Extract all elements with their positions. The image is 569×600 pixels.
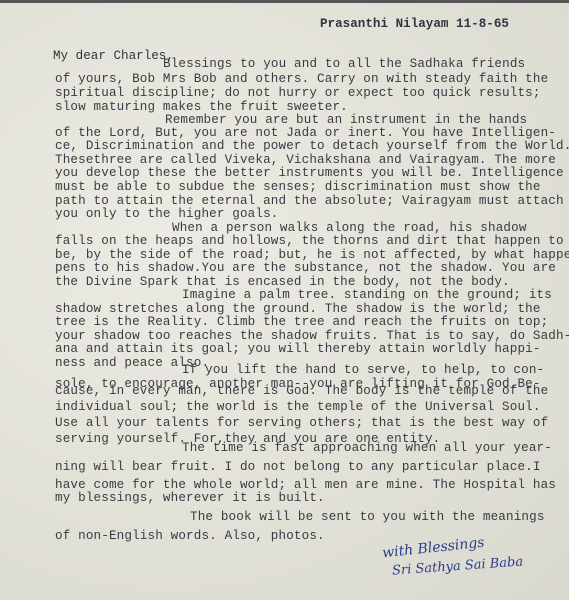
letter-line: pens to his shadow.You are the substance… (55, 261, 556, 275)
letter-line: The book will be sent to you with the me… (190, 510, 545, 524)
salutation: My dear Charles, (53, 49, 174, 63)
letter-line: Imagine a palm tree. standing on the gro… (182, 288, 552, 302)
letter-line: you develop these the better instruments… (55, 166, 564, 180)
letter-line: path to attain the eternal and the absol… (55, 194, 564, 208)
letter-line: The time is fast approaching when all yo… (182, 441, 552, 455)
place-date: Prasanthi Nilayam 11-8-65 (320, 17, 509, 31)
letter-line: of the Lord, But, you are not Jada or in… (55, 126, 556, 140)
page-top-edge (0, 0, 569, 3)
letter-line: you only to the higher goals. (55, 207, 279, 221)
letter-line: spiritual discipline; do not hurry or ex… (55, 86, 541, 100)
letter-line: slow maturing makes the fruit sweeter. (55, 100, 348, 114)
letter-line: of yours, Bob Mrs Bob and others. Carry … (55, 72, 548, 86)
letter-line: ana and attain its goal; you will thereb… (55, 342, 541, 356)
letter-line: individual soul; the world is the temple… (55, 400, 541, 414)
letter-page: Prasanthi Nilayam 11-8-65 My dear Charle… (0, 0, 569, 600)
letter-line: of non-English words. Also, photos. (55, 529, 325, 543)
letter-line: When a person walks along the road, his … (172, 221, 527, 235)
letter-line: Thesethree are called Viveka, Vichakshan… (55, 153, 556, 167)
letter-line: cause, in every man, there is God. The b… (55, 384, 548, 398)
letter-line: have come for the whole world; all men a… (55, 478, 556, 492)
letter-line: If you lift the hand to serve, to help, … (182, 363, 544, 377)
letter-line: Blessings to you and to all the Sadhaka … (163, 57, 525, 71)
letter-line: ce, Discrimination and the power to deta… (55, 139, 569, 153)
letter-line: the Divine Spark that is encased in the … (55, 275, 510, 289)
letter-line: ning will bear fruit. I do not belong to… (55, 460, 541, 474)
letter-line: falls on the heaps and hollows, the thor… (55, 234, 564, 248)
letter-line: must be able to subdue the senses; discr… (55, 180, 541, 194)
letter-line: Remember you are but an instrument in th… (165, 113, 527, 127)
letter-line: tree is the Reality. Climb the tree and … (55, 315, 548, 329)
letter-line: shadow stretches along the ground. The s… (55, 302, 541, 316)
letter-line: my blessings, wherever it is built. (55, 491, 325, 505)
letter-line: your shadow too reaches the shadow fruit… (55, 329, 569, 343)
letter-line: Use all your talents for serving others;… (55, 416, 548, 430)
letter-line: be, by the side of the road; but, he is … (55, 248, 569, 262)
